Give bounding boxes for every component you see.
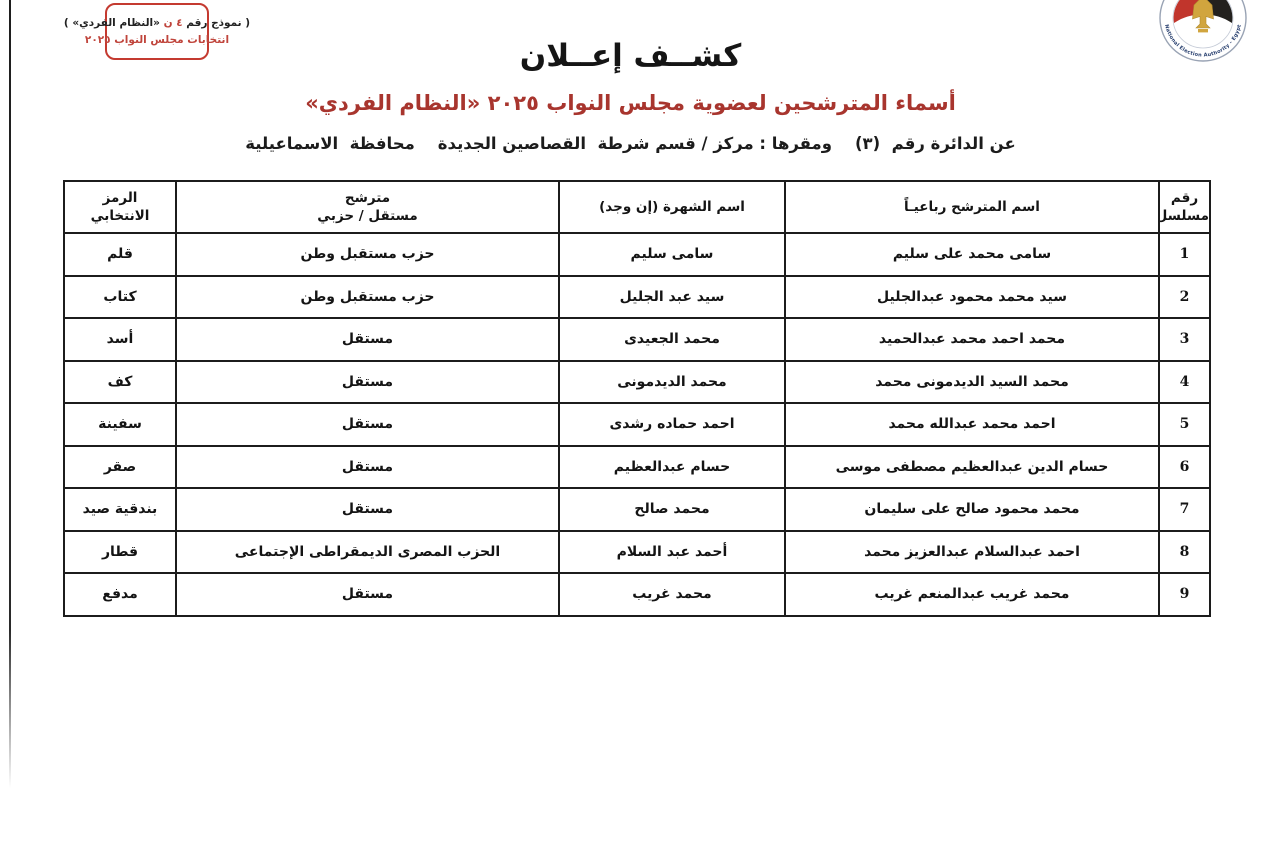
party-cell: مستقل <box>176 488 559 531</box>
header-candidate-name: اسم المترشح رباعيـاً <box>785 181 1159 233</box>
party-cell: حزب مستقبل وطن <box>176 233 559 276</box>
serial-cell: 7 <box>1159 488 1210 531</box>
known-as-cell: أحمد عبد السلام <box>559 531 785 574</box>
symbol-cell: مدفع <box>64 573 176 616</box>
candidate-name-cell: سامى محمد على سليم <box>785 233 1159 276</box>
candidate-name-cell: محمد غريب عبدالمنعم غريب <box>785 573 1159 616</box>
serial-cell: 1 <box>1159 233 1210 276</box>
candidate-name-cell: حسام الدين عبدالعظيم مصطفى موسى <box>785 446 1159 489</box>
party-cell: مستقل <box>176 573 559 616</box>
candidate-name-cell: احمد محمد عبدالله محمد <box>785 403 1159 446</box>
symbol-cell: كتاب <box>64 276 176 319</box>
header-serial: رقم مسلسل <box>1159 181 1210 233</box>
known-as-cell: محمد الجعيدى <box>559 318 785 361</box>
form-number-line: ( نموذج رقم ٤ ن «النظام الفردي» ) <box>64 15 250 31</box>
page-subtitle: أسماء المترشحين لعضوية مجلس النواب ٢٠٢٥ … <box>0 91 1261 115</box>
symbol-cell: قلم <box>64 233 176 276</box>
party-cell: مستقل <box>176 361 559 404</box>
candidates-table: رقم مسلسل اسم المترشح رباعيـاً اسم الشهر… <box>63 180 1211 617</box>
announcement-document-page: ( نموذج رقم ٤ ن «النظام الفردي» ) انتخاب… <box>0 0 1261 860</box>
table-row: 1 سامى محمد على سليم سامى سليم حزب مستقب… <box>64 233 1210 276</box>
party-cell: مستقل <box>176 446 559 489</box>
district-line: عن الدائرة رقم (٣) ومقرها : مركز / قسم ش… <box>0 134 1261 153</box>
serial-cell: 9 <box>1159 573 1210 616</box>
table-row: 2 سيد محمد محمود عبدالجليل سيد عبد الجلي… <box>64 276 1210 319</box>
table-row: 6 حسام الدين عبدالعظيم مصطفى موسى حسام ع… <box>64 446 1210 489</box>
header-party: مترشح مستقل / حزبي <box>176 181 559 233</box>
form-number-part2: ٤ ن <box>164 17 183 29</box>
serial-cell: 8 <box>1159 531 1210 574</box>
candidate-name-cell: محمد السيد الديدمونى محمد <box>785 361 1159 404</box>
form-number-part3: «النظام الفردي» ) <box>64 17 164 29</box>
serial-cell: 4 <box>1159 361 1210 404</box>
header-symbol: الرمز الانتخابي <box>64 181 176 233</box>
known-as-cell: احمد حماده رشدى <box>559 403 785 446</box>
table-row: 3 محمد احمد محمد عبدالحميد محمد الجعيدى … <box>64 318 1210 361</box>
table-row: 5 احمد محمد عبدالله محمد احمد حماده رشدى… <box>64 403 1210 446</box>
symbol-cell: قطار <box>64 531 176 574</box>
candidate-name-cell: احمد عبدالسلام عبدالعزيز محمد <box>785 531 1159 574</box>
table-header-row: رقم مسلسل اسم المترشح رباعيـاً اسم الشهر… <box>64 181 1210 233</box>
symbol-cell: بندقية صيد <box>64 488 176 531</box>
table-row: 7 محمد محمود صالح على سليمان محمد صالح م… <box>64 488 1210 531</box>
party-cell: مستقل <box>176 403 559 446</box>
known-as-cell: سيد عبد الجليل <box>559 276 785 319</box>
form-number-part1: ( نموذج رقم <box>183 17 250 29</box>
serial-cell: 6 <box>1159 446 1210 489</box>
known-as-cell: سامى سليم <box>559 233 785 276</box>
table-row: 4 محمد السيد الديدمونى محمد محمد الديدمو… <box>64 361 1210 404</box>
page-title: كشــف إعــلان <box>0 38 1261 74</box>
candidate-name-cell: محمد محمود صالح على سليمان <box>785 488 1159 531</box>
candidate-name-cell: محمد احمد محمد عبدالحميد <box>785 318 1159 361</box>
known-as-cell: محمد الديدمونى <box>559 361 785 404</box>
serial-cell: 2 <box>1159 276 1210 319</box>
party-cell: الحزب المصرى الديمقراطى الإجتماعى <box>176 531 559 574</box>
serial-cell: 5 <box>1159 403 1210 446</box>
symbol-cell: سفينة <box>64 403 176 446</box>
known-as-cell: محمد صالح <box>559 488 785 531</box>
table-row: 9 محمد غريب عبدالمنعم غريب محمد غريب مست… <box>64 573 1210 616</box>
serial-cell: 3 <box>1159 318 1210 361</box>
candidate-name-cell: سيد محمد محمود عبدالجليل <box>785 276 1159 319</box>
party-cell: حزب مستقبل وطن <box>176 276 559 319</box>
known-as-cell: محمد غريب <box>559 573 785 616</box>
symbol-cell: كف <box>64 361 176 404</box>
symbol-cell: أسد <box>64 318 176 361</box>
known-as-cell: حسام عبدالعظيم <box>559 446 785 489</box>
header-known-as: اسم الشهرة (إن وجد) <box>559 181 785 233</box>
table-row: 8 احمد عبدالسلام عبدالعزيز محمد أحمد عبد… <box>64 531 1210 574</box>
party-cell: مستقل <box>176 318 559 361</box>
symbol-cell: صقر <box>64 446 176 489</box>
scan-left-edge-line <box>9 0 11 788</box>
